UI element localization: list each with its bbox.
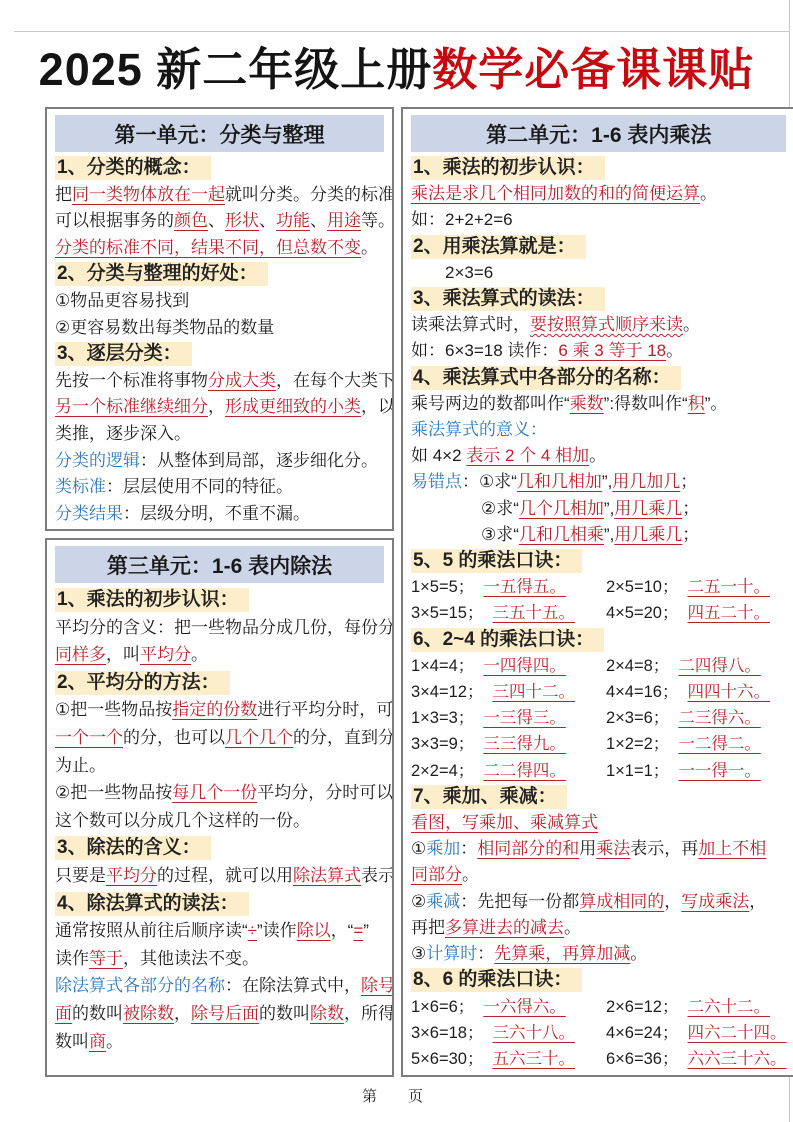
mnemonic-text: 二四得八。	[678, 657, 761, 675]
formula-row: 3×5=15；三五十五。4×5=20；四五二十。	[411, 600, 786, 626]
text-line: 分类的标准不同，结果不同，但总数不变。	[55, 235, 384, 262]
mnemonic-text: 一六得六。	[483, 998, 566, 1016]
text-line: 可以根据事务的颜色、形状、功能、用途等。	[55, 208, 384, 235]
text-line: 把同一类物体放在一起就叫分类。分类的标准：	[55, 182, 384, 209]
text-run: 2×3=6	[445, 263, 493, 282]
text-run: 的数叫	[259, 1004, 310, 1023]
text-run: ②	[411, 892, 426, 911]
formula-cell: 1×4=4；一四得四。	[411, 653, 606, 679]
formula-cell: 5×6=30；五六三十。	[411, 1046, 606, 1072]
section-heading: 7、乘加、乘减：	[411, 785, 567, 809]
mnemonic-text: 四五二十。	[687, 604, 770, 622]
text-line: ①物品更容易找到	[55, 288, 384, 315]
text-run: 乘法	[596, 839, 630, 858]
text-run: 乘数	[570, 394, 604, 413]
unit3-box: 第三单元：1-6 表内除法 1、乘法的初步认识：平均分的含义：把一些物品分成几份…	[45, 538, 394, 1077]
text-line: ②乘减：先把每一份都算成相同的，写成乘法，	[411, 889, 786, 915]
page-footer: 第 页	[0, 1085, 793, 1106]
text-line: 为止。	[55, 752, 384, 780]
text-run: 平均分，分时可以想：	[257, 783, 394, 802]
text-run: ，所得得	[344, 1004, 394, 1023]
text-line: ①乘加：相同部分的和用乘法表示，再加上不相	[411, 836, 786, 862]
text-run: 写成乘法	[681, 892, 749, 911]
equation-text: 4×4=16；	[606, 683, 678, 701]
formula-cell: 6×6=36；六六三十六。	[606, 1046, 786, 1072]
text-run: 表示。	[361, 866, 394, 885]
section-heading-row: 1、乘法的初步认识：	[411, 155, 786, 181]
text-run: 类标准	[55, 477, 106, 496]
text-line: 同样多，叫平均分。	[55, 641, 384, 669]
text-line: 类标准：层层使用不同的特征。	[55, 474, 384, 501]
mnemonic-text: 五六三十。	[492, 1050, 575, 1068]
text-line: 这个数可以分成几个这样的一份。	[55, 807, 384, 835]
mnemonic-text: 三六十八。	[492, 1024, 575, 1042]
formula-cell: 2×5=10；二五一十。	[606, 574, 786, 600]
text-run: ②求“	[481, 499, 519, 518]
text-run: 多算进去的减去	[445, 918, 564, 937]
text-run: ”	[363, 921, 369, 940]
equation-text: 2×5=10；	[606, 578, 678, 596]
mnemonic-text: 二二得四。	[483, 762, 566, 780]
text-run: 平均分	[140, 645, 191, 664]
equation-text: 4×5=20；	[606, 604, 678, 622]
text-run: 用几加几	[612, 472, 680, 491]
unit3-content: 1、乘法的初步认识：平均分的含义：把一些物品分成几份，每份分得同样多，叫平均分。…	[55, 586, 384, 1055]
section-heading: 3、逐层分类：	[55, 342, 192, 366]
text-line: 乘法算式的意义：	[411, 417, 786, 443]
text-line: 平均分的含义：把一些物品分成几份，每份分得	[55, 614, 384, 642]
formula-row: 1×4=4；一四得四。2×4=8；二四得八。	[411, 653, 786, 679]
formula-row: 3×6=18；三六十八。4×6=24；四六二十四。	[411, 1020, 786, 1046]
equation-text: 5×6=30；	[411, 1050, 483, 1068]
text-run: 功能	[276, 211, 310, 230]
section-heading: 1、乘法的初步认识：	[411, 156, 605, 180]
text-line: ③计算时：先算乘，再算加减。	[411, 941, 786, 967]
text-run: 6 乘 3 等于 18	[558, 341, 666, 360]
text-run: 再把	[411, 918, 445, 937]
unit2-box: 第二单元：1-6 表内乘法 1、乘法的初步认识：乘法是求几个相同加数的和的简便运…	[401, 107, 793, 1077]
text-run: 分类的逻辑	[55, 451, 140, 470]
equation-text: 1×2=2；	[606, 735, 669, 753]
formula-row: 1×3=3；一三得三。2×3=6；二三得六。	[411, 705, 786, 731]
text-run: ；	[682, 499, 699, 518]
section-heading-row: 7、乘加、乘减：	[411, 784, 786, 810]
text-line: 乘法是求几个相同加数的和的简便运算。	[411, 181, 786, 207]
formula-cell: 3×5=15；三五十五。	[411, 600, 606, 626]
section-heading-row: 2、平均分的方法：	[55, 669, 384, 697]
text-run: 、	[310, 211, 327, 230]
text-run: 除法算式各部分的名称	[55, 976, 225, 995]
formula-cell: 2×3=6；二三得六。	[606, 705, 786, 731]
text-run: ，叫	[106, 645, 140, 664]
section-heading-row: 3、逐层分类：	[55, 341, 384, 368]
text-run: 。	[589, 446, 606, 465]
text-line: 同部分。	[411, 862, 786, 888]
text-line: 读乘法算式时，要按照算式顺序来读。	[411, 312, 786, 338]
text-run: ÷	[248, 921, 257, 940]
text-run: ：层层使用不同的特征。	[106, 477, 293, 496]
section-heading-row: 5、5 的乘法口诀：	[411, 548, 786, 574]
text-run: 可以根据事务的	[55, 211, 174, 230]
text-run: ③求“	[481, 525, 519, 544]
text-run: 的过程，就可以用	[157, 866, 293, 885]
formula-cell: 4×5=20；四五二十。	[606, 600, 786, 626]
text-run: ”。	[705, 394, 728, 413]
section-heading: 5、5 的乘法口诀：	[411, 549, 582, 573]
section-heading-row: 4、乘法算式中各部分的名称：	[411, 365, 786, 391]
text-run: 同样多	[55, 645, 106, 664]
text-run: 表示 2 个 4 相加	[466, 446, 589, 465]
scan-edge-line-top	[14, 31, 789, 32]
unit1-header: 第一单元：分类与整理	[55, 115, 384, 152]
text-run: ：①求“	[462, 472, 517, 491]
text-line: 先按一个标准将事物分成大类，在每个大类下按	[55, 368, 384, 395]
formula-cell: 1×1=1；一一得一。	[606, 758, 786, 784]
formula-cell: 4×4=16；四四十六。	[606, 679, 786, 705]
equation-text: 3×6=18；	[411, 1024, 483, 1042]
text-run: 为止。	[55, 756, 106, 775]
text-run: ：	[477, 944, 494, 963]
text-run: 。	[630, 944, 647, 963]
section-heading-row: 1、乘法的初步认识：	[55, 586, 384, 614]
text-run: 把	[55, 185, 72, 204]
page-title-red: 数学必备课课贴	[432, 44, 754, 95]
text-line: 易错点：①求“几和几相加”,用几加几；	[411, 469, 786, 495]
section-heading: 1、分类的概念：	[55, 156, 211, 180]
text-run: 分类的标准不同，结果不同，但总数不变	[55, 238, 361, 257]
text-line: 分类的逻辑：从整体到局部，逐步细化分。	[55, 448, 384, 475]
section-heading-row: 8、6 的乘法口诀：	[411, 967, 786, 993]
text-run: 。	[191, 645, 208, 664]
text-run: 先算乘，再算加减	[494, 944, 630, 963]
text-line: 面的数叫被除数，除号后面的数叫除数，所得得	[55, 1000, 384, 1028]
text-run: ”读作	[257, 921, 297, 940]
text-run: 进行平均分时，可以	[257, 700, 394, 719]
unit1-content: 1、分类的概念：把同一类物体放在一起就叫分类。分类的标准：可以根据事务的颜色、形…	[55, 155, 384, 527]
text-run: 几个几个	[225, 728, 293, 747]
text-run: 要按照算式顺序来读	[530, 315, 683, 334]
text-run: ”,	[604, 499, 614, 518]
section-heading-row: 3、乘法算式的读法：	[411, 286, 786, 312]
text-run: 用	[579, 839, 596, 858]
text-run: 除法算式	[293, 866, 361, 885]
text-run: ：从整体到局部，逐步细化分。	[140, 451, 378, 470]
text-run: 平均分的含义：把一些物品分成几份，每份分得	[55, 618, 394, 637]
section-heading: 8、6 的乘法口诀：	[411, 968, 582, 992]
formula-cell: 3×4=12；三四十二。	[411, 679, 606, 705]
text-run: =	[353, 921, 363, 940]
unit2-header: 第二单元：1-6 表内乘法	[411, 115, 786, 152]
text-line: 如：6×3=18 读作：6 乘 3 等于 18。	[411, 338, 786, 364]
text-run: 读乘法算式时，	[411, 315, 530, 334]
text-run: 、	[208, 211, 225, 230]
text-run: 读作	[55, 949, 89, 968]
unit3-header: 第三单元：1-6 表内除法	[55, 546, 384, 583]
text-run: 数叫	[55, 1032, 89, 1051]
equation-text: 1×1=1；	[606, 762, 669, 780]
section-heading: 6、2~4 的乘法口诀：	[411, 628, 604, 652]
text-run: ，其他读法不变。	[123, 949, 259, 968]
text-run: 被除数	[123, 1004, 174, 1023]
text-run: ①	[411, 839, 426, 858]
text-run: 乘法算式的意义：	[411, 420, 547, 439]
text-run: 。	[666, 341, 683, 360]
text-line: ①把一些物品按指定的份数进行平均分时，可以	[55, 696, 384, 724]
text-run: 乘减	[426, 892, 460, 911]
text-run: 同一类物体放在一起	[72, 185, 225, 204]
formula-cell: 2×6=12；二六十二。	[606, 994, 786, 1020]
mnemonic-text: 三三得九。	[483, 735, 566, 753]
equation-text: 3×5=15；	[411, 604, 483, 622]
text-line: 类推，逐步深入。	[55, 421, 384, 448]
text-run: ”,	[602, 472, 612, 491]
text-run: 、	[259, 211, 276, 230]
text-run: 每几个一份	[172, 783, 257, 802]
text-line: 另一个标准继续细分，形成更细致的小类，以此	[55, 394, 384, 421]
text-line: 数叫商。	[55, 1028, 384, 1056]
formula-cell: 1×5=5；一五得五。	[411, 574, 606, 600]
text-line: 通常按照从前往后顺序读“÷”读作除以，“=”	[55, 917, 384, 945]
text-run: 一个一个	[55, 728, 123, 747]
content-columns: 第一单元：分类与整理 1、分类的概念：把同一类物体放在一起就叫分类。分类的标准：…	[45, 107, 757, 1077]
mnemonic-text: 一一得一。	[678, 762, 761, 780]
equation-text: 3×3=9；	[411, 735, 474, 753]
text-line: 分类结果：层级分明，不重不漏。	[55, 501, 384, 528]
text-run: ；	[682, 525, 699, 544]
text-run: ：在除法算式中，	[225, 976, 361, 995]
text-run: ”:得数叫作“	[604, 394, 688, 413]
text-line: 乘号两边的数都叫作“乘数”:得数叫作“积”。	[411, 391, 786, 417]
text-line: ②更容易数出每类物品的数量	[55, 315, 384, 342]
text-run: 分成大类	[208, 371, 276, 390]
text-run: 就叫分类。分类的标准：	[225, 185, 394, 204]
text-run: ①把一些物品按	[55, 700, 172, 719]
section-heading: 3、除法的含义：	[55, 836, 211, 860]
section-heading-row: 2、用乘法算就是：	[411, 234, 786, 260]
page-title-black: 2025 新二年级上册	[39, 44, 433, 95]
text-run: 易错点	[411, 472, 462, 491]
text-run: 乘号两边的数都叫作“	[411, 394, 570, 413]
mnemonic-text: 一三得三。	[483, 709, 566, 727]
text-line: ②把一些物品按每几个一份平均分，分时可以想：	[55, 779, 384, 807]
formula-cell: 3×3=9；三三得九。	[411, 731, 606, 757]
text-line: 除法算式各部分的名称：在除法算式中，除号前	[55, 972, 384, 1000]
formula-cell: 3×6=18；三六十八。	[411, 1020, 606, 1046]
text-run: 几和几相加	[517, 472, 602, 491]
equation-text: 6×6=36；	[606, 1050, 678, 1068]
equation-text: 1×5=5；	[411, 578, 474, 596]
formula-row: 1×6=6；一六得六。2×6=12；二六十二。	[411, 994, 786, 1020]
text-line: 再把多算进去的减去。	[411, 915, 786, 941]
text-run: 商	[89, 1032, 106, 1051]
text-run: 。	[361, 238, 378, 257]
text-run: 只要是	[55, 866, 106, 885]
text-run: 除以	[297, 921, 331, 940]
unit1-box: 第一单元：分类与整理 1、分类的概念：把同一类物体放在一起就叫分类。分类的标准：…	[45, 107, 394, 531]
text-line: 只要是平均分的过程，就可以用除法算式表示。	[55, 862, 384, 890]
text-run: 积	[688, 394, 705, 413]
text-line: ③求“几和几相乘”,用几乘几；	[411, 522, 786, 548]
text-run: 乘加	[426, 839, 460, 858]
equation-text: 4×6=24；	[606, 1024, 678, 1042]
text-run: 先按一个标准将事物	[55, 371, 208, 390]
mnemonic-text: 一四得四。	[483, 657, 566, 675]
text-run: 这个数可以分成几个这样的一份。	[55, 811, 310, 830]
mnemonic-text: 三五十五。	[492, 604, 575, 622]
text-run: ，在每个大类下按	[276, 371, 394, 390]
equation-text: 1×3=3；	[411, 709, 474, 727]
formula-cell: 1×3=3；一三得三。	[411, 705, 606, 731]
formula-cell: 1×2=2；一二得二。	[606, 731, 786, 757]
text-run: 的数叫	[72, 1004, 123, 1023]
text-line: 看图，写乘加、乘减算式	[411, 810, 786, 836]
text-run: ②把一些物品按	[55, 783, 172, 802]
text-run: 的分，直到分完	[293, 728, 394, 747]
formula-cell: 4×6=24；四六二十四。	[606, 1020, 786, 1046]
text-run: 。	[106, 1032, 123, 1051]
mnemonic-text: 二五一十。	[687, 578, 770, 596]
text-run: 除号后面	[191, 1004, 259, 1023]
section-heading-row: 3、除法的含义：	[55, 834, 384, 862]
text-run: 面	[55, 1004, 72, 1023]
formula-row: 5×6=30；五六三十。6×6=36；六六三十六。	[411, 1046, 786, 1072]
text-run: ③	[411, 944, 426, 963]
section-heading: 2、用乘法算就是：	[411, 235, 586, 259]
section-heading: 2、分类与整理的好处：	[55, 262, 268, 286]
text-run: ，“	[331, 921, 354, 940]
text-run: ，	[664, 892, 681, 911]
text-run: 指定的份数	[172, 700, 257, 719]
text-run: ：	[460, 839, 477, 858]
formula-cell: 2×4=8；二四得八。	[606, 653, 786, 679]
text-run: 如：2+2+2=6	[411, 210, 513, 229]
text-run: ，	[749, 892, 766, 911]
mnemonic-text: 一二得二。	[678, 735, 761, 753]
text-line: 如 4×2 表示 2 个 4 相加。	[411, 443, 786, 469]
section-heading: 1、乘法的初步认识：	[55, 588, 249, 612]
text-run: 的分，也可以	[123, 728, 225, 747]
equation-text: 2×4=8；	[606, 657, 669, 675]
text-run: 类推，逐步深入。	[55, 424, 191, 443]
mnemonic-text: 二三得六。	[678, 709, 761, 727]
mnemonic-text: 四六二十四。	[687, 1024, 786, 1042]
section-heading-row: 4、除法算式的读法：	[55, 890, 384, 918]
equation-text: 2×3=6；	[606, 709, 669, 727]
text-run: ②更容易数出每类物品的数量	[55, 318, 274, 337]
text-run: 如 4×2	[411, 446, 466, 465]
text-line: 2×3=6	[411, 260, 786, 286]
text-run: 形状	[225, 211, 259, 230]
section-heading: 2、平均分的方法：	[55, 671, 230, 695]
text-run: 计算时	[426, 944, 477, 963]
formula-cell: 1×6=6；一六得六。	[411, 994, 606, 1020]
unit2-content: 1、乘法的初步认识：乘法是求几个相同加数的和的简便运算。如：2+2+2=62、用…	[411, 155, 786, 1072]
text-line: 读作等于，其他读法不变。	[55, 945, 384, 973]
text-run: 通常按照从前往后顺序读“	[55, 921, 248, 940]
text-run: 几个几相加	[519, 499, 604, 518]
text-run: ，	[208, 397, 225, 416]
text-run: 除号前	[361, 976, 394, 995]
mnemonic-text: 六六三十六。	[687, 1050, 786, 1068]
text-run: 同部分	[411, 865, 462, 884]
text-run: 相同部分的和	[477, 839, 579, 858]
formula-row: 3×4=12；三四十二。4×4=16；四四十六。	[411, 679, 786, 705]
formula-row: 1×5=5；一五得五。2×5=10；二五一十。	[411, 574, 786, 600]
text-run: 加上不相	[698, 839, 766, 858]
text-line: ②求“几个几相加”,用几乘几；	[411, 496, 786, 522]
text-run: 用几乘几	[614, 499, 682, 518]
text-run: 算成相同的	[579, 892, 664, 911]
section-heading: 4、乘法算式中各部分的名称：	[411, 366, 681, 390]
text-run: 平均分	[106, 866, 157, 885]
section-heading-row: 1、分类的概念：	[55, 155, 384, 182]
text-run: ①物品更容易找到	[55, 291, 189, 310]
section-heading: 4、除法算式的读法：	[55, 892, 249, 916]
text-run: ；	[680, 472, 697, 491]
text-run: 等。	[361, 211, 394, 230]
mnemonic-text: 四四十六。	[687, 683, 770, 701]
section-heading-row: 6、2~4 的乘法口诀：	[411, 627, 786, 653]
equation-text: 3×4=12；	[411, 683, 483, 701]
mnemonic-text: 三四十二。	[492, 683, 575, 701]
text-run: 除数	[310, 1004, 344, 1023]
text-run: 乘法是求几个相同加数的和的简便运算	[411, 184, 700, 203]
formula-cell: 2×2=4；二二得四。	[411, 758, 606, 784]
equation-text: 1×4=4；	[411, 657, 474, 675]
mnemonic-text: 二六十二。	[687, 998, 770, 1016]
text-run: ，以此	[361, 397, 394, 416]
text-run: 用途	[327, 211, 361, 230]
mnemonic-text: 一五得五。	[483, 578, 566, 596]
text-run: 另一个标准继续细分	[55, 397, 208, 416]
text-run: 几和几相乘	[519, 525, 604, 544]
text-run: 用几乘几	[614, 525, 682, 544]
text-run: 。	[683, 315, 700, 334]
text-run: ”,	[604, 525, 614, 544]
text-run: 形成更细致的小类	[225, 397, 361, 416]
equation-text: 2×6=12；	[606, 998, 678, 1016]
text-run: ：先把每一份都	[460, 892, 579, 911]
equation-text: 2×2=4；	[411, 762, 474, 780]
text-run: 。	[700, 184, 717, 203]
left-column: 第一单元：分类与整理 1、分类的概念：把同一类物体放在一起就叫分类。分类的标准：…	[45, 107, 394, 1077]
right-column: 第二单元：1-6 表内乘法 1、乘法的初步认识：乘法是求几个相同加数的和的简便运…	[401, 107, 793, 1077]
text-run: 分类结果	[55, 504, 123, 523]
text-run: 如：6×3=18 读作：	[411, 341, 558, 360]
equation-text: 1×6=6；	[411, 998, 474, 1016]
text-line: 一个一个的分，也可以几个几个的分，直到分完	[55, 724, 384, 752]
text-run: 等于	[89, 949, 123, 968]
section-heading: 3、乘法算式的读法：	[411, 287, 605, 311]
text-run: 颜色	[174, 211, 208, 230]
text-run: 。	[564, 918, 581, 937]
text-run: 表示，再	[630, 839, 698, 858]
page-title: 2025 新二年级上册数学必备课课贴	[0, 33, 793, 98]
formula-row: 3×3=9；三三得九。1×2=2；一二得二。	[411, 731, 786, 757]
text-run: ，	[174, 1004, 191, 1023]
formula-row: 2×2=4；二二得四。1×1=1；一一得一。	[411, 758, 786, 784]
text-run: 。	[462, 865, 479, 884]
section-heading-row: 2、分类与整理的好处：	[55, 261, 384, 288]
text-line: 如：2+2+2=6	[411, 207, 786, 233]
text-run: 看图，写乘加、乘减算式	[411, 813, 598, 832]
text-run: ：层级分明，不重不漏。	[123, 504, 310, 523]
